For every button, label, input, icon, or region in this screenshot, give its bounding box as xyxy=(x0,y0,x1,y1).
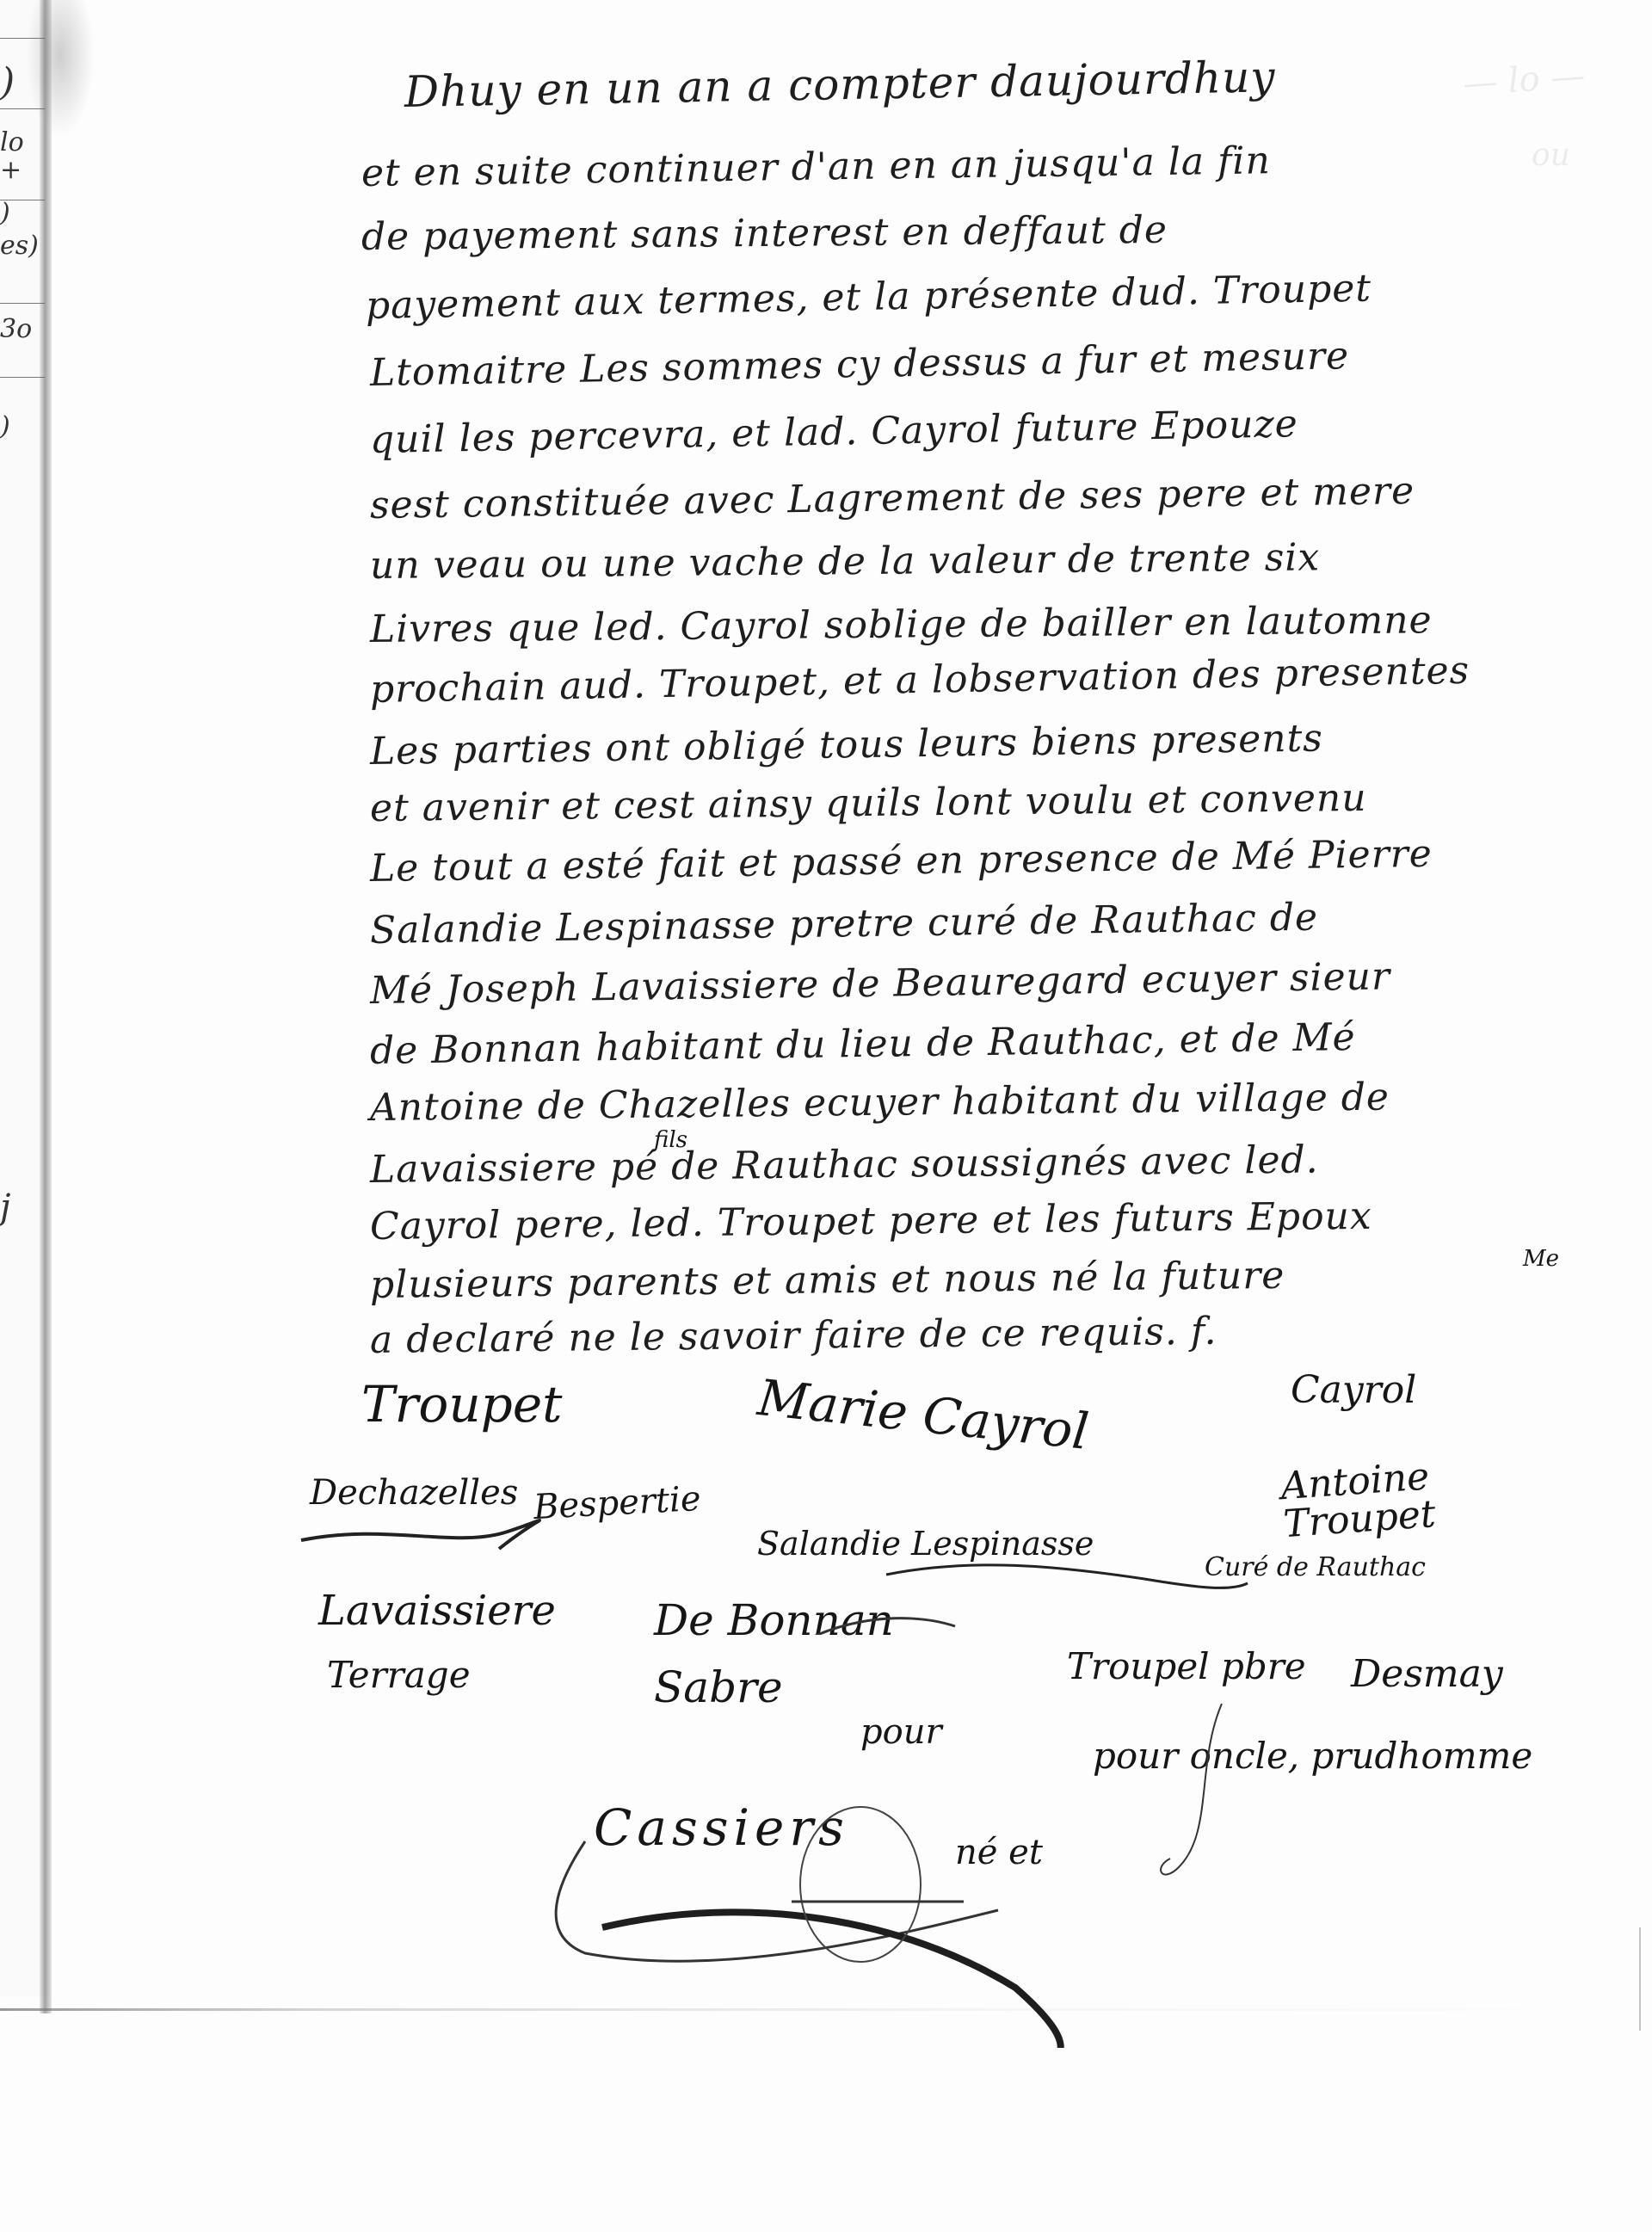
signature: Troupel pbre xyxy=(1067,1645,1306,1687)
deed-line: payement aux termes, et la présente dud.… xyxy=(366,267,1372,328)
interlinear-note: Me xyxy=(1523,1246,1559,1272)
paraphe-flourish-icon xyxy=(1144,1695,1368,1902)
paraphe-flourish-icon xyxy=(284,1497,1273,1635)
deed-line: et avenir et cest ainsy quils lont voulu… xyxy=(370,776,1367,830)
document-page: ) lo + ) es) 3o ) j — lo — ou Dhuy en un… xyxy=(0,0,1652,2232)
signature: pour xyxy=(860,1712,942,1752)
deed-line: Salandie Lespinasse pretre curé de Rauth… xyxy=(370,896,1319,953)
signature: Troupet xyxy=(361,1375,562,1434)
signature: Terrage xyxy=(327,1654,471,1696)
deed-line: un veau ou une vache de la valeur de tre… xyxy=(370,535,1321,588)
deed-line: sest constituée avec Lagrement de ses pe… xyxy=(370,469,1415,527)
deed-line: Ltomaitre Les sommes cy dessus a fur et … xyxy=(370,334,1350,395)
signature: Cayrol xyxy=(1291,1368,1416,1412)
interlinear-note: fils xyxy=(654,1127,687,1153)
signature: Sabre xyxy=(654,1662,783,1712)
deed-line: Antoine de Chazelles ecuyer habitant du … xyxy=(370,1076,1390,1130)
signature: Desmay xyxy=(1351,1652,1503,1696)
deed-line: Le tout a esté fait et passé en presence… xyxy=(370,832,1433,891)
deed-line: Les parties ont obligé tous leurs biens … xyxy=(370,717,1323,774)
deed-line: Livres que led. Cayrol soblige de baille… xyxy=(370,598,1433,651)
deed-line: prochain aud. Troupet, et a lobservation… xyxy=(370,649,1470,712)
deed-line: plusieurs parents et amis et nous né la … xyxy=(370,1254,1285,1307)
deed-line: Lavaissiere pé de Rauthac soussignés ave… xyxy=(370,1138,1319,1192)
deed-line: de payement sans interest en deffaut de xyxy=(361,208,1168,259)
deed-line: Mé Joseph Lavaissiere de Beauregard ecuy… xyxy=(370,954,1391,1013)
deed-line: quil les percevra, et lad. Cayrol future… xyxy=(370,402,1299,462)
deed-line: a declaré ne le savoir faire de ce requi… xyxy=(370,1310,1217,1362)
deed-line: de Bonnan habitant du lieu de Rauthac, e… xyxy=(370,1015,1356,1073)
deed-line: Dhuy en un an a compter daujourdhuy xyxy=(404,52,1275,117)
deed-line: et en suite continuer d'an en an jusqu'a… xyxy=(361,139,1271,195)
signature: Antoine Troupet xyxy=(1279,1458,1439,1544)
deed-line: Cayrol pere, led. Troupet pere et les fu… xyxy=(370,1194,1372,1249)
